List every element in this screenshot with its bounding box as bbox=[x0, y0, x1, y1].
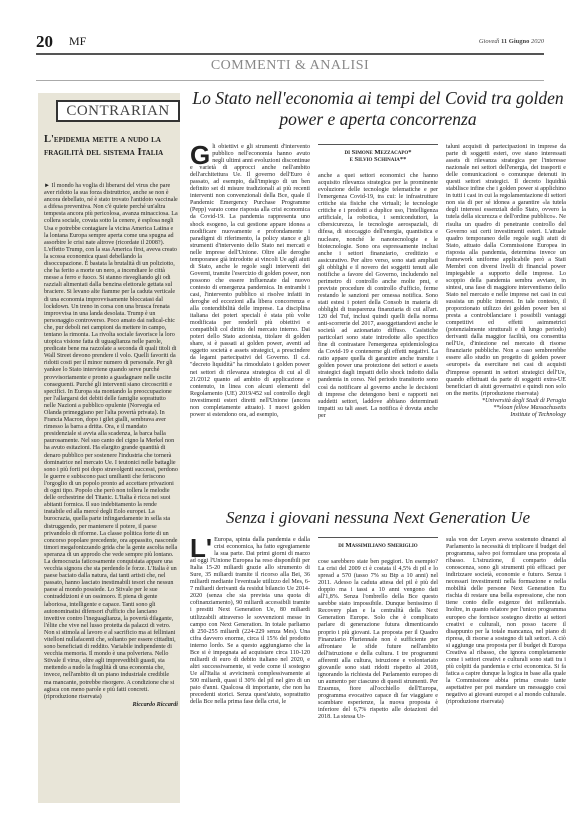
article2-column-3: sula von der Leyen aveva sostenuto dinan… bbox=[446, 537, 566, 706]
article1-affiliation-2: **sloan fellow Massachusetts bbox=[446, 405, 566, 412]
section-title: COMMENTI & ANALISI bbox=[36, 58, 544, 74]
page-number: 20 bbox=[36, 32, 53, 52]
publication-date: Giovedì 11 Giugno 2020 bbox=[479, 38, 544, 45]
article2-col1-text: Europa, spinta dalla pandemia e dalla cr… bbox=[190, 537, 310, 705]
article2-col2-text: cose sarebbero state ben peggiori. Un es… bbox=[318, 559, 438, 720]
article2-column-2: di Massimiliano Smeriglio cose sarebbero… bbox=[318, 537, 438, 721]
article1-col3-text: taluni acquisti di partecipazioni in imp… bbox=[446, 144, 566, 397]
article1-byline: di Simone Mezzacapo* e Silvio Schinaia** bbox=[318, 144, 438, 163]
article1-affiliation-3: Institute of Technology bbox=[446, 412, 566, 419]
contrarian-headline: L'epidemia mette a nudo la fragilità del… bbox=[44, 133, 176, 159]
article1-col2-text: anche a quei settori economici che hanno… bbox=[318, 173, 438, 419]
article1-column-1: Gli obiettivi e gli strumenti d'interven… bbox=[190, 144, 310, 419]
contrarian-body: ► Il mondo ha voglia di liberarsi del vi… bbox=[44, 183, 178, 709]
article2-byline: di Massimiliano Smeriglio bbox=[318, 537, 438, 549]
article2-dropcap: L' bbox=[190, 538, 212, 558]
contrarian-author: Riccardo Riccardi bbox=[44, 702, 178, 709]
article1-dropcap: G bbox=[190, 145, 210, 165]
article2-col3-text: sula von der Leyen aveva sostenuto dinan… bbox=[446, 537, 566, 705]
article1-column-2: di Simone Mezzacapo* e Silvio Schinaia**… bbox=[318, 144, 438, 420]
header-rule bbox=[36, 53, 544, 55]
article2-column-1: L'Europa, spinta dalla pandemia e dalla … bbox=[190, 537, 310, 706]
article1-headline: Lo Stato nell'economia ai tempi del Covi… bbox=[190, 88, 566, 130]
contrarian-column: CONTRARIAN L'epidemia mette a nudo la fr… bbox=[38, 93, 180, 803]
article1-affiliation-1: *Università degli Studi di Perugia bbox=[446, 398, 566, 405]
contrarian-label: CONTRARIAN bbox=[56, 100, 180, 122]
date-day-month: 11 Giugno bbox=[501, 38, 529, 45]
contrarian-text: ► Il mondo ha voglia di liberarsi del vi… bbox=[44, 183, 178, 700]
article1-col1-text: li obiettivi e gli strumenti d'intervent… bbox=[190, 144, 310, 418]
article1-column-3: taluni acquisti di partecipazioni in imp… bbox=[446, 144, 566, 419]
page-header: 20 MF Giovedì 11 Giugno 2020 COMMENTI & … bbox=[36, 32, 544, 62]
section-rule bbox=[36, 80, 544, 81]
article1-author-2: e Silvio Schinaia** bbox=[318, 156, 438, 163]
article1-author-1: di Simone Mezzacapo* bbox=[318, 149, 438, 156]
publication-logo: MF bbox=[69, 34, 86, 49]
article2-headline: Senza i giovani nessuna Next Generation … bbox=[190, 508, 566, 528]
date-weekday: Giovedì bbox=[479, 38, 500, 45]
date-year: 2020 bbox=[531, 38, 544, 45]
